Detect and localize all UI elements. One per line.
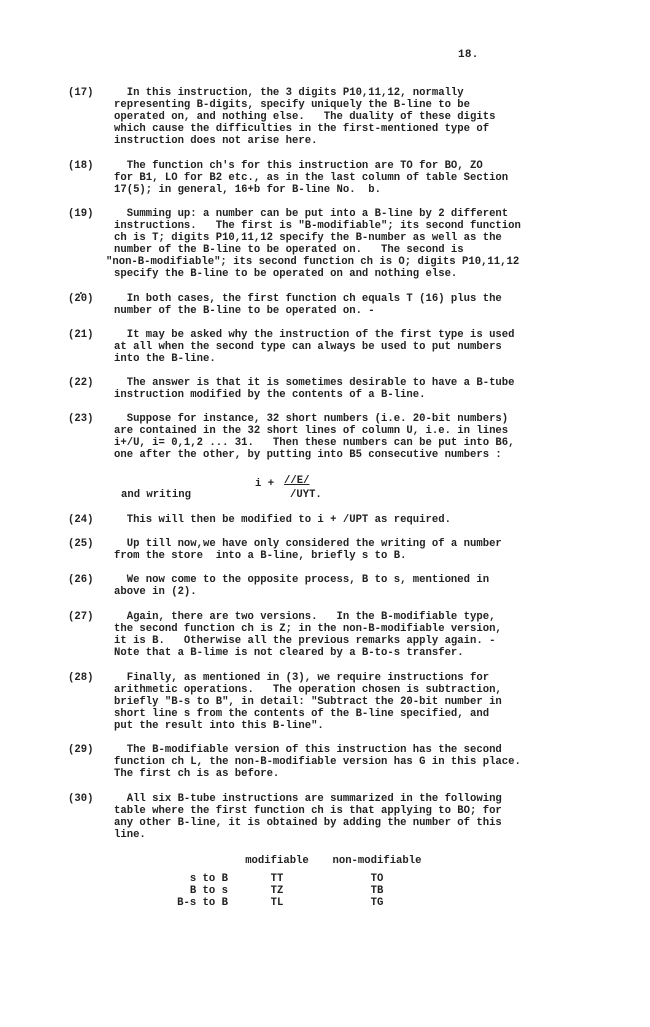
- text-line: above in (2).: [114, 586, 628, 598]
- text-line: In both cases, the first function ch equ…: [114, 293, 628, 305]
- text-line: are contained in the 32 short lines of c…: [114, 425, 628, 437]
- text-line: at all when the second type can always b…: [114, 341, 628, 353]
- table-row: B to s TZ TB: [116, 885, 432, 897]
- text-line: the second function ch is Z; in the non-…: [114, 623, 628, 635]
- paragraph-number: (28): [68, 672, 93, 684]
- table-cell: TZ: [232, 885, 322, 897]
- text-line: it is B. Otherwise all the previous rema…: [114, 635, 628, 647]
- table-header: modifiable: [232, 855, 322, 873]
- paragraph-number: (29): [68, 744, 93, 756]
- paragraph-number: (21): [68, 329, 93, 341]
- text-line: put the result into this B-line".: [114, 720, 628, 732]
- text-line: All six B-tube instructions are summariz…: [114, 793, 628, 805]
- text-line: ch is T; digits P10,11,12 specify the B-…: [114, 232, 628, 244]
- paragraph-number: (17): [68, 87, 93, 99]
- paragraph-number: (18): [68, 160, 93, 172]
- text-line: We now come to the opposite process, B t…: [114, 574, 628, 586]
- paragraph-18: (18) The function ch's for this instruct…: [68, 160, 628, 196]
- text-line: Again, there are two versions. In the B-…: [114, 611, 628, 623]
- text-line: into the B-line.: [114, 353, 628, 365]
- paragraph-number: (27): [68, 611, 93, 623]
- text-line: number of the B-line to be operated on. …: [114, 244, 628, 256]
- text-line: short line s from the contents of the B-…: [114, 708, 628, 720]
- table-cell: B-s to B: [116, 897, 232, 909]
- text-line: briefly "B-s to B", in detail: "Subtract…: [114, 696, 628, 708]
- text-line: Up till now,we have only considered the …: [114, 538, 628, 550]
- text-line: function ch L, the non-B-modifiable vers…: [114, 756, 628, 768]
- text-line: number of the B-line to be operated on. …: [114, 305, 628, 317]
- text-line: specify the B-line to be operated on and…: [114, 268, 628, 280]
- paragraph-number: (24): [68, 514, 93, 526]
- table-cell: TL: [232, 897, 322, 909]
- paragraph-number: (30): [68, 793, 93, 805]
- formula-lead: and writing: [121, 489, 191, 501]
- text-line: Summing up: a number can be put into a B…: [114, 208, 628, 220]
- table-header-row: modifiable non-modifiable: [116, 855, 432, 873]
- text-line: Finally, as mentioned in (3), we require…: [114, 672, 628, 684]
- table-header: [116, 855, 232, 873]
- table-cell: TT: [232, 873, 322, 885]
- paragraph-17: (17) In this instruction, the 3 digits P…: [68, 87, 628, 147]
- paragraph-number: (23): [68, 413, 93, 425]
- text-line: operated on, and nothing else. The duali…: [114, 111, 628, 123]
- paragraph-26: (26) We now come to the opposite process…: [68, 574, 628, 598]
- paragraph-24: (24) This will then be modified to i + /…: [68, 514, 628, 526]
- text-line: i+/U, i= 0,1,2 ... 31. Then these number…: [114, 437, 628, 449]
- b-tube-instruction-table: modifiable non-modifiable s to B TT TO B…: [116, 855, 432, 909]
- text-line: instruction does not arise here.: [114, 135, 628, 147]
- text-line: 17(5); in general, 16+b for B-line No. b…: [114, 184, 628, 196]
- paragraph-25: (25) Up till now,we have only considered…: [68, 538, 628, 562]
- paragraph-23: (23) Suppose for instance, 32 short numb…: [68, 413, 628, 461]
- paragraph-21: (21) It may be asked why the instruction…: [68, 329, 628, 365]
- table-cell: TO: [322, 873, 432, 885]
- paragraph-30: (30) All six B-tube instructions are sum…: [68, 793, 628, 841]
- table-row: B-s to B TL TG: [116, 897, 432, 909]
- text-line: "non-B-modifiable"; its second function …: [106, 256, 628, 268]
- table-cell: s to B: [116, 873, 232, 885]
- paragraph-22: (22) The answer is that it is sometimes …: [68, 377, 628, 401]
- text-line: table where the first function ch is tha…: [114, 805, 628, 817]
- paragraph-28: (28) Finally, as mentioned in (3), we re…: [68, 672, 628, 732]
- table-header: non-modifiable: [322, 855, 432, 873]
- text-line: In this instruction, the 3 digits P10,11…: [114, 87, 628, 99]
- text-line: The first ch is as before.: [114, 768, 628, 780]
- text-line: representing B-digits, specify uniquely …: [114, 99, 628, 111]
- table-cell: TG: [322, 897, 432, 909]
- table-cell: TB: [322, 885, 432, 897]
- text-line: one after the other, by putting into B5 …: [114, 449, 628, 461]
- text-line: instruction modified by the contents of …: [114, 389, 628, 401]
- paragraph-number: (26): [68, 574, 93, 586]
- table-row: s to B TT TO: [116, 873, 432, 885]
- text-line: arithmetic operations. The operation cho…: [114, 684, 628, 696]
- formula-numerator: //E/: [284, 475, 309, 487]
- paragraph-number: (22): [68, 377, 93, 389]
- paragraph-27: (27) Again, there are two versions. In t…: [68, 611, 628, 659]
- text-line: Note that a B-lime is not cleared by a B…: [114, 647, 628, 659]
- page-number: 18.: [458, 49, 479, 61]
- formula-prefix: i +: [255, 478, 274, 490]
- text-line: It may be asked why the instruction of t…: [114, 329, 628, 341]
- text-line: for B1, LO for B2 etc., as in the last c…: [114, 172, 628, 184]
- paragraph-20: (20) In both cases, the first function c…: [68, 293, 628, 317]
- text-line: any other B-line, it is obtained by addi…: [114, 817, 628, 829]
- text-line: line.: [114, 829, 628, 841]
- text-line: The answer is that it is sometimes desir…: [114, 377, 628, 389]
- paragraph-number: (20): [68, 293, 93, 305]
- text-line: instructions. The first is "B-modifiable…: [114, 220, 628, 232]
- text-line: The B-modifiable version of this instruc…: [114, 744, 628, 756]
- formula-denominator: /UYT.: [290, 489, 322, 501]
- paragraph-number: (25): [68, 538, 93, 550]
- text-line: The function ch's for this instruction a…: [114, 160, 628, 172]
- table-cell: B to s: [116, 885, 232, 897]
- text-line: which cause the difficulties in the firs…: [114, 123, 628, 135]
- text-line: This will then be modified to i + /UPT a…: [114, 514, 628, 526]
- text-line: from the store into a B-line, briefly s …: [114, 550, 628, 562]
- paragraph-number: (19): [68, 208, 93, 220]
- text-line: Suppose for instance, 32 short numbers (…: [114, 413, 628, 425]
- paragraph-19: (19) Summing up: a number can be put int…: [68, 208, 628, 280]
- paragraph-29: (29) The B-modifiable version of this in…: [68, 744, 628, 780]
